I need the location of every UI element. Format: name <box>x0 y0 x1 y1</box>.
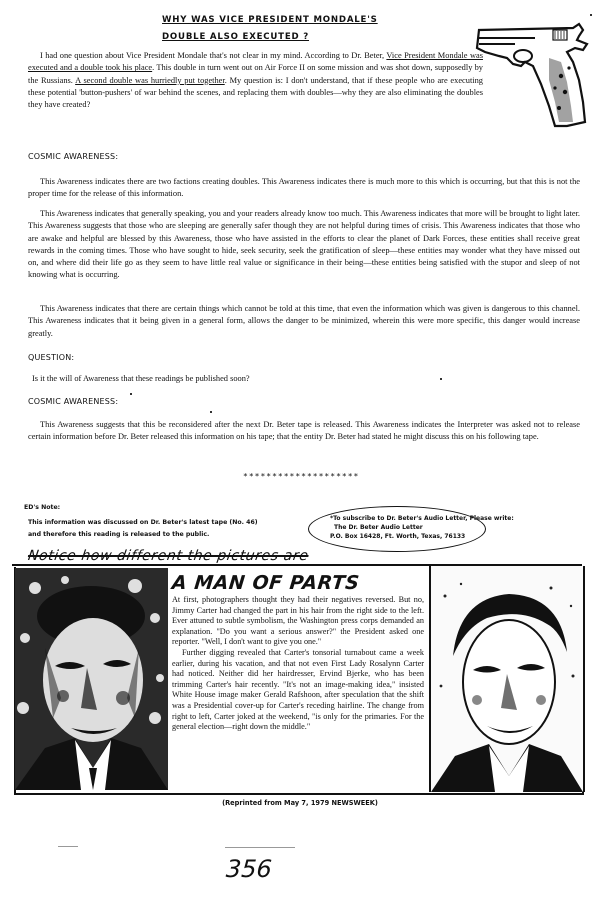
page-number: 356 <box>225 855 273 883</box>
scan-specks <box>0 0 600 903</box>
